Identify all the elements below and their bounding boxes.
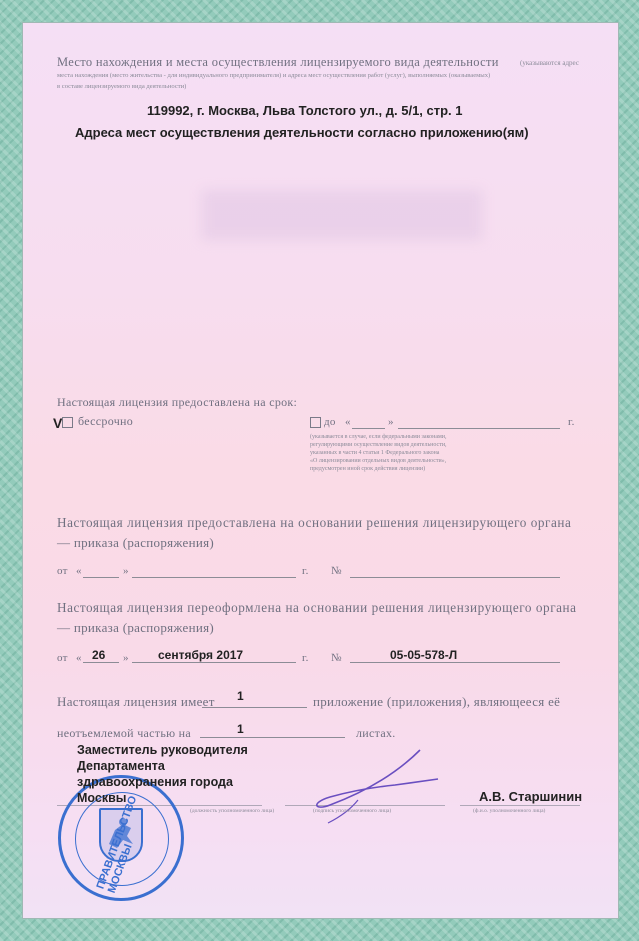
until-close-quote: » [388,416,394,428]
reissued-number: 05-05-578-Л [390,648,457,662]
reissued-day: 26 [92,648,105,662]
granted-line1: Настоящая лицензия предоставлена на осно… [57,515,571,531]
position-line-4: Москвы [77,791,126,805]
appendix-suffix: приложение (приложения), являющееся её [313,694,560,710]
granted-number-field[interactable] [350,577,560,578]
name-line [460,805,580,806]
appendix-sheets-field[interactable] [200,737,345,738]
until-note-5: предусмотрен иной срок действия лицензии… [310,466,425,472]
until-year-suffix: г. [568,416,575,428]
indefinite-checkmark[interactable]: V [53,415,62,431]
position-line-2: Департамента [77,759,165,773]
location-note-line2: места нахождения (место жительства - для… [57,72,490,79]
until-open-quote: « [345,416,351,428]
appendix-sheets: 1 [237,722,244,736]
indefinite-label: бессрочно [78,414,133,429]
location-heading: Место нахождения и места осуществления л… [57,55,499,70]
granted-from-label: от [57,565,68,577]
address: 119992, г. Москва, Льва Толстого ул., д.… [147,103,463,118]
until-day-field[interactable] [352,428,385,429]
granted-line2: — приказа (распоряжения) [57,535,214,551]
position-line-3: здравоохранения города [77,775,233,789]
granted-open-quote: « [76,565,82,577]
reissued-day-field[interactable] [83,662,119,663]
reissued-open-quote: « [76,652,82,664]
signature-caption: (подпись уполномоченного лица) [313,808,391,814]
name-caption: (ф.и.о. уполномоченного лица) [473,808,545,814]
appendix-line2-suffix: листах. [356,726,396,741]
signatory-name: А.В. Старшинин [479,789,582,804]
reissued-year-suffix: г. [302,652,309,664]
appendix-line2-prefix: неотъемлемой частью на [57,726,191,741]
reissued-number-field[interactable] [350,662,560,663]
indefinite-checkbox[interactable] [62,417,73,428]
until-note-3: указанных в части 4 статьи 1 Федеральног… [310,450,439,456]
reissued-month-year-field[interactable] [132,662,296,663]
reissued-close-quote: » [123,652,129,664]
location-note-line3: в составе лицензируемого вида деятельнос… [57,83,186,90]
until-note-2: регулирующими осуществление видов деятел… [310,442,447,448]
reissued-from-label: от [57,652,68,664]
granted-year-suffix: г. [302,565,309,577]
appendix-count: 1 [237,689,244,703]
until-checkbox[interactable] [310,417,321,428]
position-caption: (должность уполномоченного лица) [190,808,274,814]
until-label: до [324,416,336,428]
position-line-1: Заместитель руководителя [77,743,248,757]
reissued-number-label: № [331,652,342,664]
appendix-prefix: Настоящая лицензия имеет [57,694,215,710]
reissued-line2: — приказа (распоряжения) [57,620,214,636]
activity-addresses: Адреса мест осуществления деятельности с… [75,125,529,140]
granted-close-quote: » [123,565,129,577]
reissued-month-year: сентября 2017 [158,648,243,662]
granted-day-field[interactable] [83,577,119,578]
show-through-watermark [202,190,482,240]
term-label: Настоящая лицензия предоставлена на срок… [57,395,297,410]
until-note-4: «О лицензировании отдельных видов деятел… [310,458,446,464]
appendix-count-field[interactable] [202,707,307,708]
until-month-year-field[interactable] [398,428,560,429]
until-note-1: (указывается в случае, если федеральными… [310,434,447,440]
location-heading-note: (указываются адрес [520,59,579,67]
granted-number-label: № [331,565,342,577]
reissued-line1: Настоящая лицензия переоформлена на осно… [57,600,577,616]
granted-month-year-field[interactable] [132,577,296,578]
